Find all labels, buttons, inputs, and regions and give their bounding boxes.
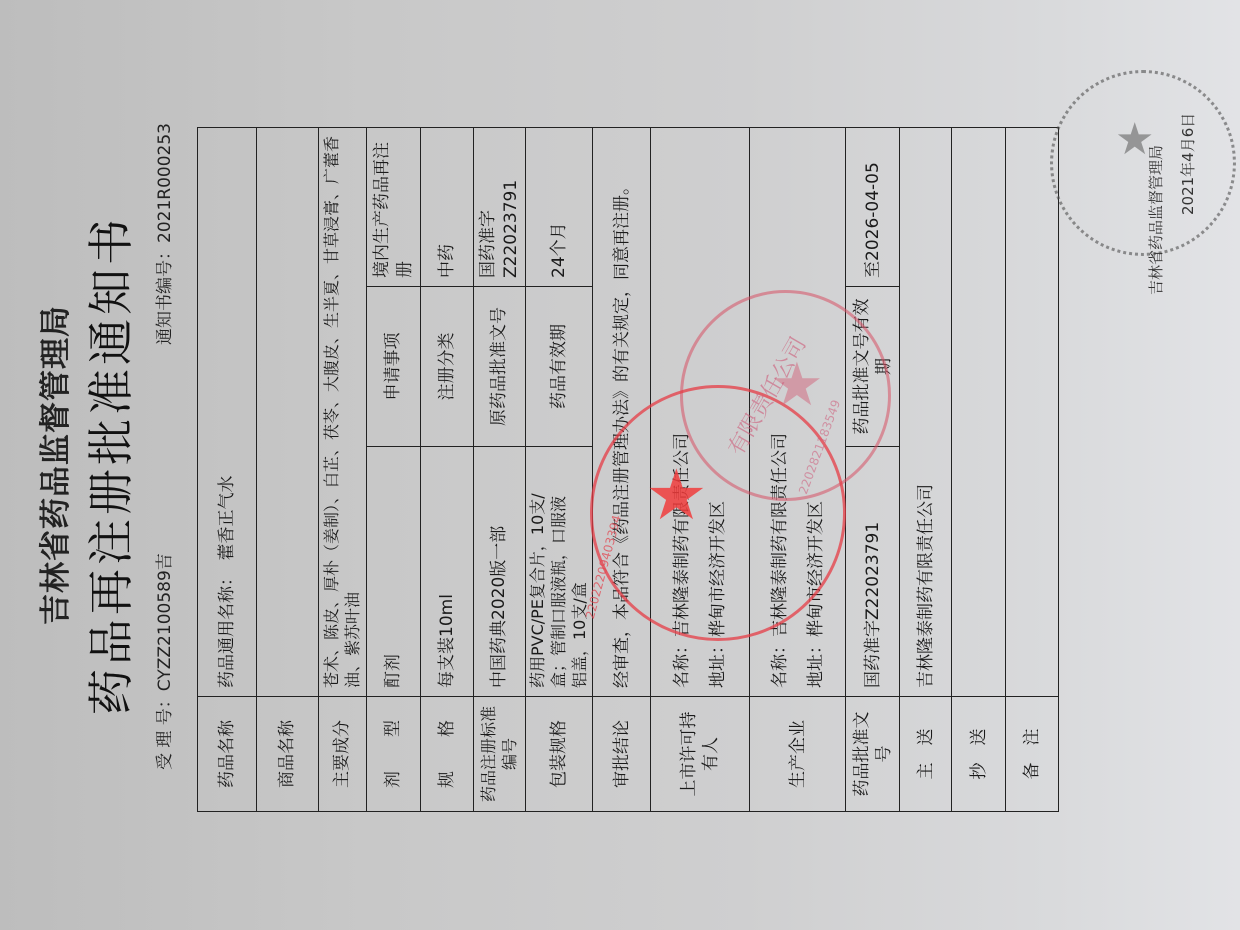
value-drug-name: 药品通用名称： 藿香正气水 xyxy=(198,128,257,697)
value-approval-number: 国药准字Z22023791 xyxy=(846,447,900,697)
row-manufacturer: 生产企业 名称：吉林隆泰制药有限责任公司 地址：桦甸市经济开发区 xyxy=(750,128,846,812)
row-approval-number: 药品批准文号 国药准字Z22023791 药品批准文号有效期 至2026-04-… xyxy=(846,128,900,812)
label-original-approval: 原药品批准文号 xyxy=(474,287,526,447)
value-dosage-form: 酊剂 xyxy=(367,447,421,697)
label-holder: 上市许可持有人 xyxy=(651,697,750,812)
notice-page: 吉林省药品监督管理局 药品再注册批准通知书 受 理 号：CYZZ2100589吉… xyxy=(0,0,1240,930)
row-remarks: 备 注 xyxy=(1006,128,1059,812)
notice-label: 通知书编号： xyxy=(155,243,175,345)
value-cc xyxy=(952,128,1006,697)
label-packaging: 包装规格 xyxy=(526,697,593,812)
holder-name: 吉林隆泰制药有限责任公司 xyxy=(672,433,692,637)
label-main-to: 主 送 xyxy=(900,697,952,812)
label-shelf-life: 药品有效期 xyxy=(526,287,593,447)
label-spec: 规 格 xyxy=(421,697,474,812)
label-manufacturer: 生产企业 xyxy=(750,697,846,812)
label-conclusion: 审批结论 xyxy=(593,697,651,812)
value-main-to: 吉林隆泰制药有限责任公司 xyxy=(900,128,952,697)
packaging-line: 盒；管制口服液瓶，口服液 xyxy=(549,455,570,688)
label-trade-name: 商品名称 xyxy=(257,697,319,812)
manufacturer-name-label: 名称： xyxy=(770,637,790,688)
generic-name-label: 药品通用名称： xyxy=(217,578,237,689)
row-drug-name: 药品名称 药品通用名称： 藿香正气水 xyxy=(198,128,257,812)
holder-name-label: 名称： xyxy=(672,637,692,688)
row-packaging: 包装规格 药用PVC/PE复合片，10支/ 盒；管制口服液瓶，口服液 铝盖，10… xyxy=(526,128,593,812)
approval-table: 药品名称 药品通用名称： 藿香正气水 商品名称 主要成分 苍术、陈皮、厚朴（姜制… xyxy=(197,127,1059,812)
row-ingredients: 主要成分 苍术、陈皮、厚朴（姜制）、白芷、茯苓、大腹皮、生半夏、甘草浸膏、广藿香… xyxy=(319,128,367,812)
label-approval-validity: 药品批准文号有效期 xyxy=(846,287,900,447)
holder-address: 桦甸市经济开发区 xyxy=(708,501,728,637)
value-holder: 名称：吉林隆泰制药有限责任公司 地址：桦甸市经济开发区 xyxy=(651,128,750,697)
official-seal-agency: 吉林省药品监督管理局 xyxy=(1145,145,1166,295)
label-approval-number: 药品批准文号 xyxy=(846,697,900,812)
notice-value: 2021R000253 xyxy=(155,123,175,243)
value-shelf-life: 24个月 xyxy=(526,128,593,287)
value-ingredients: 苍术、陈皮、厚朴（姜制）、白芷、茯苓、大腹皮、生半夏、甘草浸膏、广藿香油、紫苏叶… xyxy=(319,128,367,697)
value-trade-name xyxy=(257,128,319,697)
row-conclusion: 审批结论 经审查，本品符合《药品注册管理办法》的有关规定，同意再注册。 xyxy=(593,128,651,812)
row-spec: 规 格 每支装10ml 注册分类 中药 xyxy=(421,128,474,812)
row-standard: 药品注册标准编号 中国药典2020版一部 原药品批准文号 国药准字Z220237… xyxy=(474,128,526,812)
manufacturer-address: 桦甸市经济开发区 xyxy=(806,501,826,637)
label-application-item: 申请事项 xyxy=(367,287,421,447)
label-dosage-form: 剂 型 xyxy=(367,697,421,812)
value-approval-validity: 至2026-04-05 xyxy=(846,128,900,287)
value-remarks xyxy=(1006,128,1059,697)
label-remarks: 备 注 xyxy=(1006,697,1059,812)
agency-name: 吉林省药品监督管理局 xyxy=(30,0,75,930)
packaging-line: 铝盖，10支/盒 xyxy=(570,455,591,688)
row-main-to: 主 送 吉林隆泰制药有限责任公司 xyxy=(900,128,952,812)
notice-number: 通知书编号：2021R000253 xyxy=(150,123,175,345)
row-holder: 上市许可持有人 名称：吉林隆泰制药有限责任公司 地址：桦甸市经济开发区 xyxy=(651,128,750,812)
generic-name-value: 藿香正气水 xyxy=(217,476,237,561)
official-seal-date: 2021年4月6日 xyxy=(1177,113,1198,215)
acceptance-label: 受 理 号： xyxy=(155,691,175,770)
label-ingredients: 主要成分 xyxy=(319,697,367,812)
value-manufacturer: 名称：吉林隆泰制药有限责任公司 地址：桦甸市经济开发区 xyxy=(750,128,846,697)
row-cc: 抄 送 xyxy=(952,128,1006,812)
value-spec: 每支装10ml xyxy=(421,447,474,697)
row-dosage-form: 剂 型 酊剂 申请事项 境内生产药品再注册 xyxy=(367,128,421,812)
label-drug-name: 药品名称 xyxy=(198,697,257,812)
acceptance-number: 受 理 号：CYZZ2100589吉 xyxy=(150,553,175,770)
manufacturer-name: 吉林隆泰制药有限责任公司 xyxy=(770,433,790,637)
value-registration-class: 中药 xyxy=(421,128,474,287)
value-packaging: 药用PVC/PE复合片，10支/ 盒；管制口服液瓶，口服液 铝盖，10支/盒 xyxy=(526,447,593,697)
value-original-approval: 国药准字Z22023791 xyxy=(474,128,526,287)
row-trade-name: 商品名称 xyxy=(257,128,319,812)
document-title: 药品再注册批准通知书 xyxy=(75,0,141,930)
value-conclusion: 经审查，本品符合《药品注册管理办法》的有关规定，同意再注册。 xyxy=(593,128,651,697)
acceptance-value: CYZZ2100589吉 xyxy=(155,553,175,691)
packaging-line: 药用PVC/PE复合片，10支/ xyxy=(528,455,549,688)
label-standard: 药品注册标准编号 xyxy=(474,697,526,812)
manufacturer-address-label: 地址： xyxy=(806,637,826,688)
label-registration-class: 注册分类 xyxy=(421,287,474,447)
value-standard: 中国药典2020版一部 xyxy=(474,447,526,697)
label-cc: 抄 送 xyxy=(952,697,1006,812)
holder-address-label: 地址： xyxy=(708,637,728,688)
value-application-item: 境内生产药品再注册 xyxy=(367,128,421,287)
